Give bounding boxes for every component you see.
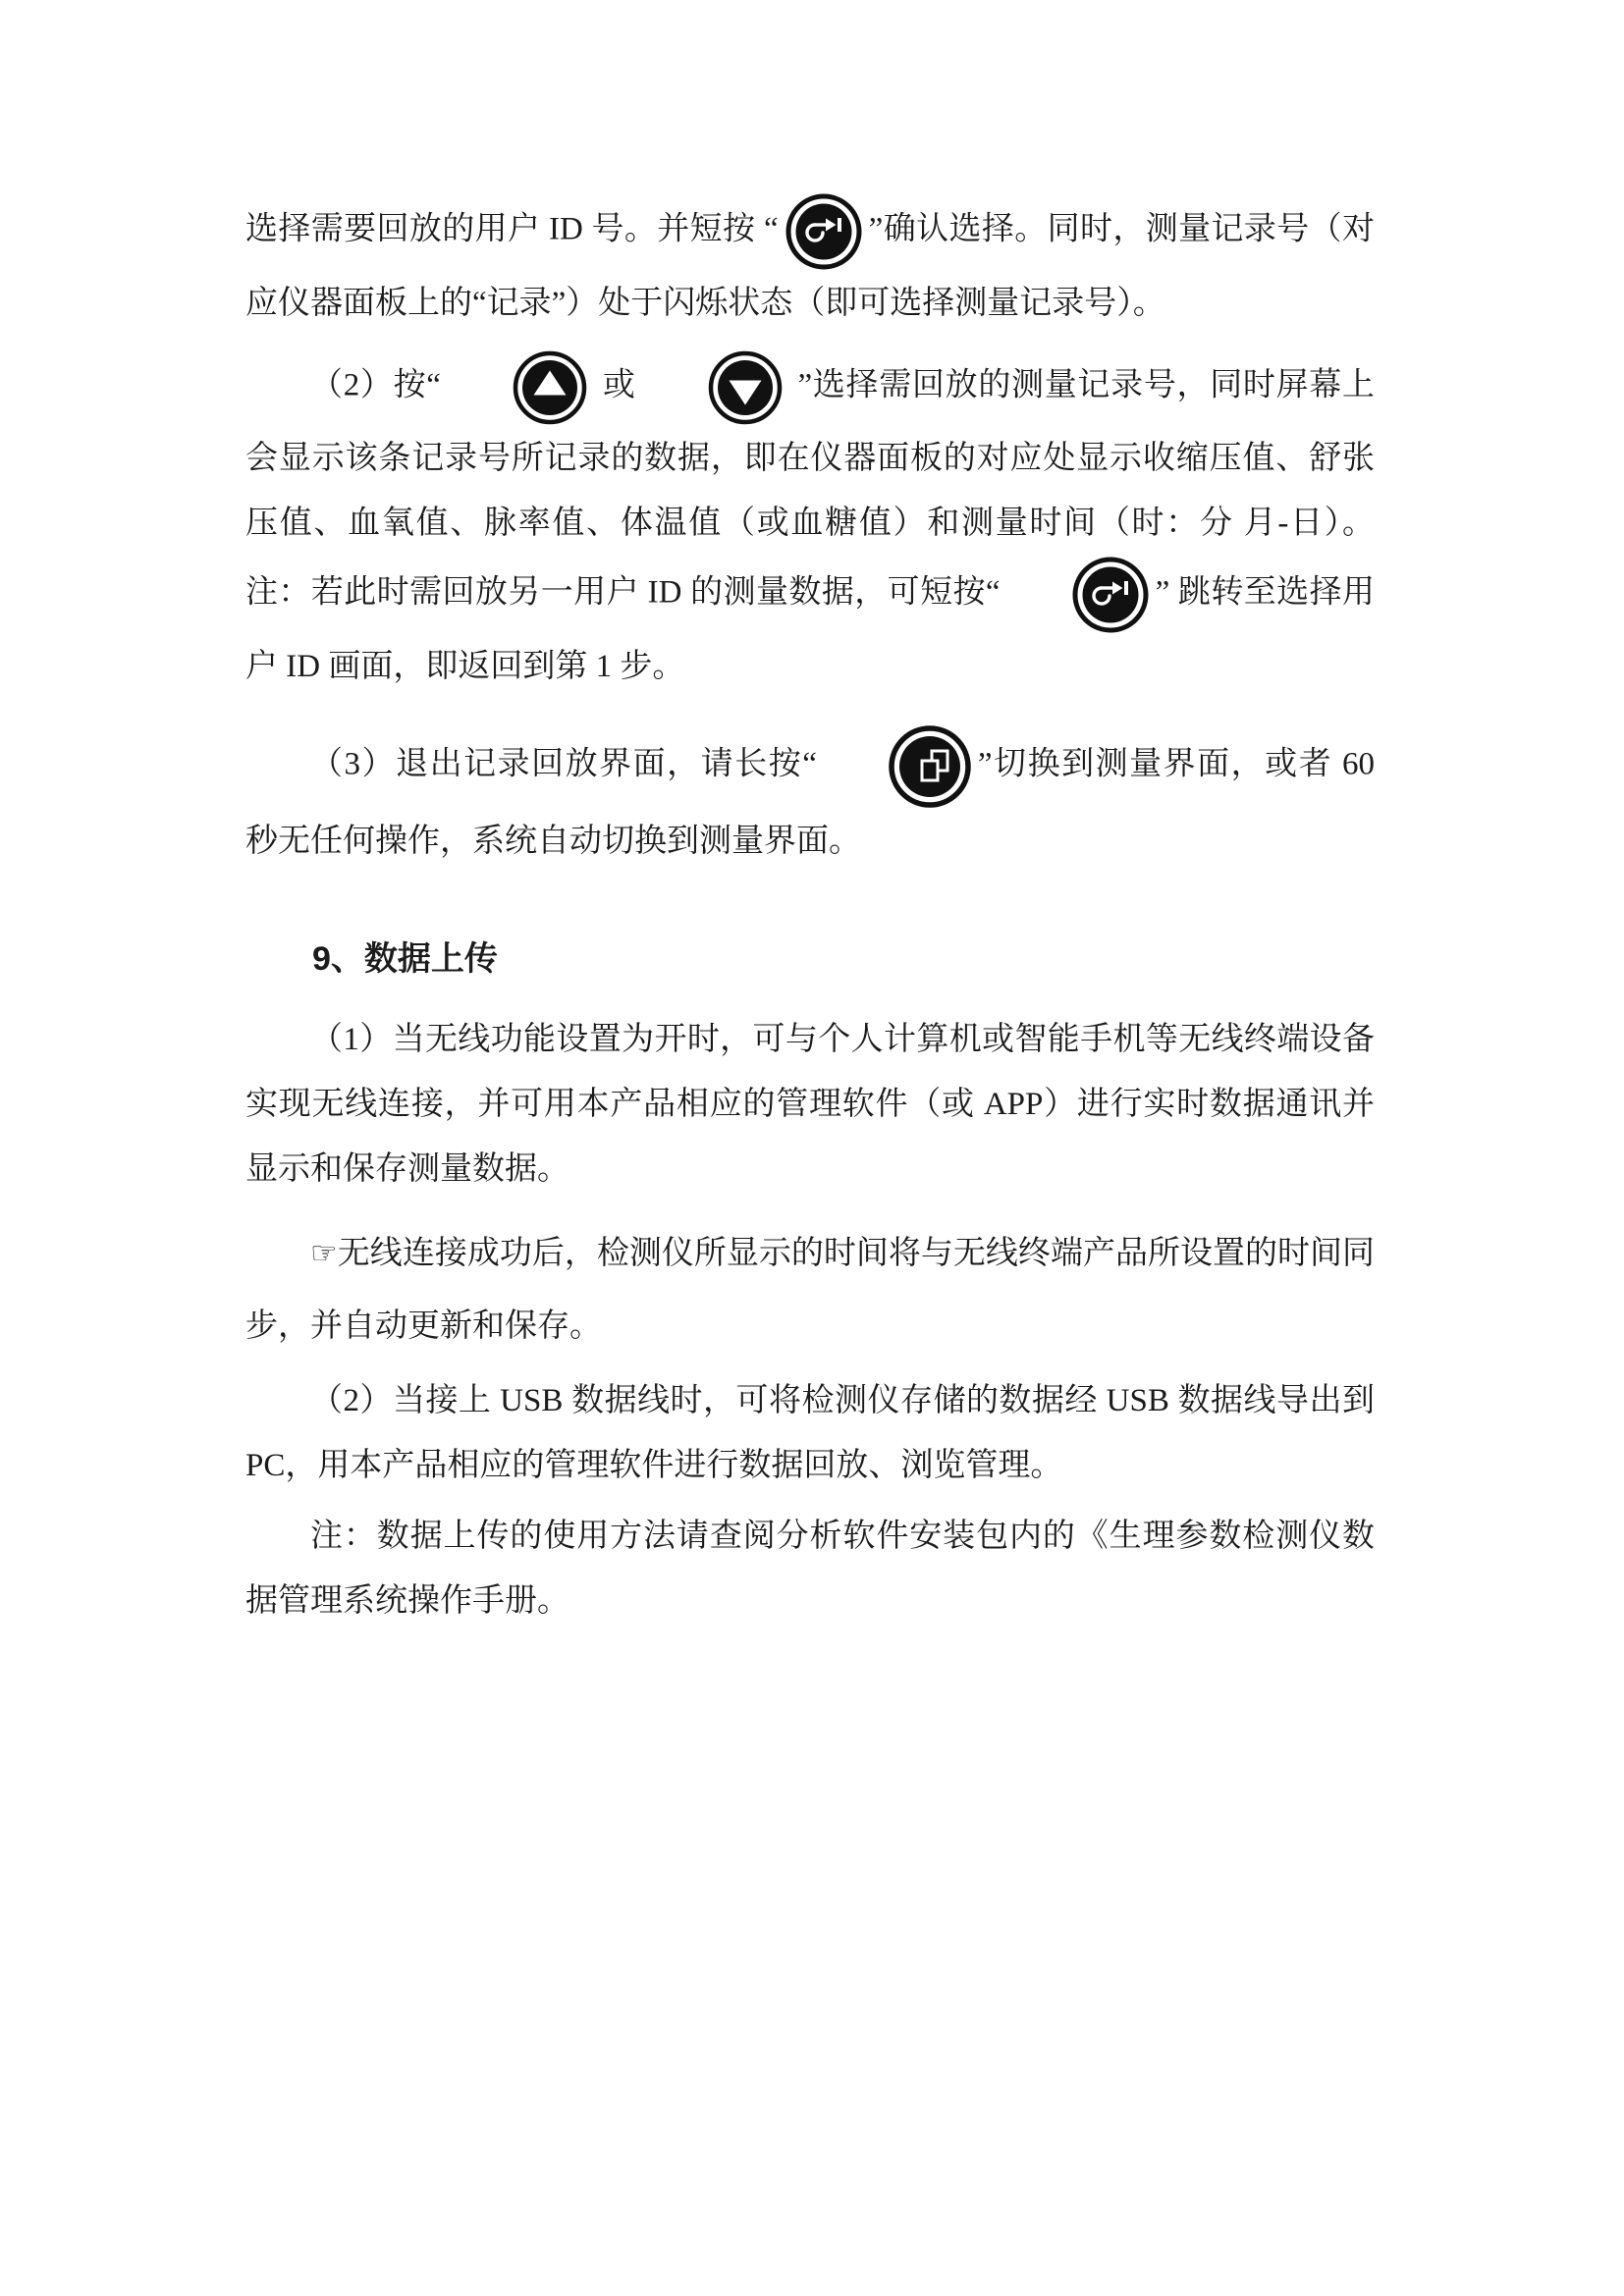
paragraph-playback-select-user: 选择需要回放的用户 ID 号。并短按 “ ”确认选择。同时，测量记录号（对应仪器…	[245, 192, 1375, 336]
paragraph-text: 或	[594, 368, 636, 403]
paragraph-usb-upload: （2）当接上 USB 数据线时，可将检测仪存储的数据经 USB 数据线导出到 P…	[245, 1368, 1375, 1498]
section-heading-data-upload: 9、数据上传	[245, 927, 1375, 991]
paragraph-playback-step2: （2）按“ 或 ”选择需回放的测量记录号，同时屏幕上会显示该条记录号所记录的数据…	[245, 349, 1375, 699]
paragraph-text: 无线连接成功后，检测仪所显示的时间将与无线终端产品所设置的时间同步，并自动更新和…	[245, 1236, 1375, 1344]
paragraph-text: 选择需要回放的用户 ID 号。并短按 “	[245, 212, 779, 247]
paragraph-time-sync-note: ☞无线连接成功后，检测仪所显示的时间将与无线终端产品所设置的时间同步，并自动更新…	[245, 1217, 1375, 1362]
paragraph-text: （2）按“	[310, 368, 441, 403]
paragraph-text: ”选择需回放的测量记录号，同时屏幕上会显示该条记录号所记录的数据，即在仪器面板的…	[245, 368, 1375, 611]
down-arrow-button-icon	[642, 349, 784, 426]
paragraph-text: （3）退出记录回放界面，请长按“	[310, 747, 817, 782]
manual-document-page: 选择需要回放的用户 ID 号。并短按 “ ”确认选择。同时，测量记录号（对应仪器…	[0, 0, 1624, 2296]
pointing-hand-icon: ☞	[310, 1236, 338, 1271]
enter-confirm-button-icon	[1006, 556, 1150, 634]
up-arrow-button-icon	[447, 349, 588, 426]
enter-confirm-button-icon	[785, 192, 863, 271]
records-button-icon	[823, 724, 972, 809]
paragraph-manual-reference-note: 注：数据上传的使用方法请查阅分析软件安装包内的《生理参数检测仪数据管理系统操作手…	[245, 1504, 1375, 1633]
paragraph-wireless-upload: （1）当无线功能设置为开时，可与个人计算机或智能手机等无线终端设备实现无线连接，…	[245, 1007, 1375, 1201]
paragraph-playback-exit: （3）退出记录回放界面，请长按“ ”切换到测量界面，或者 60 秒无任何操作，系…	[245, 724, 1375, 874]
